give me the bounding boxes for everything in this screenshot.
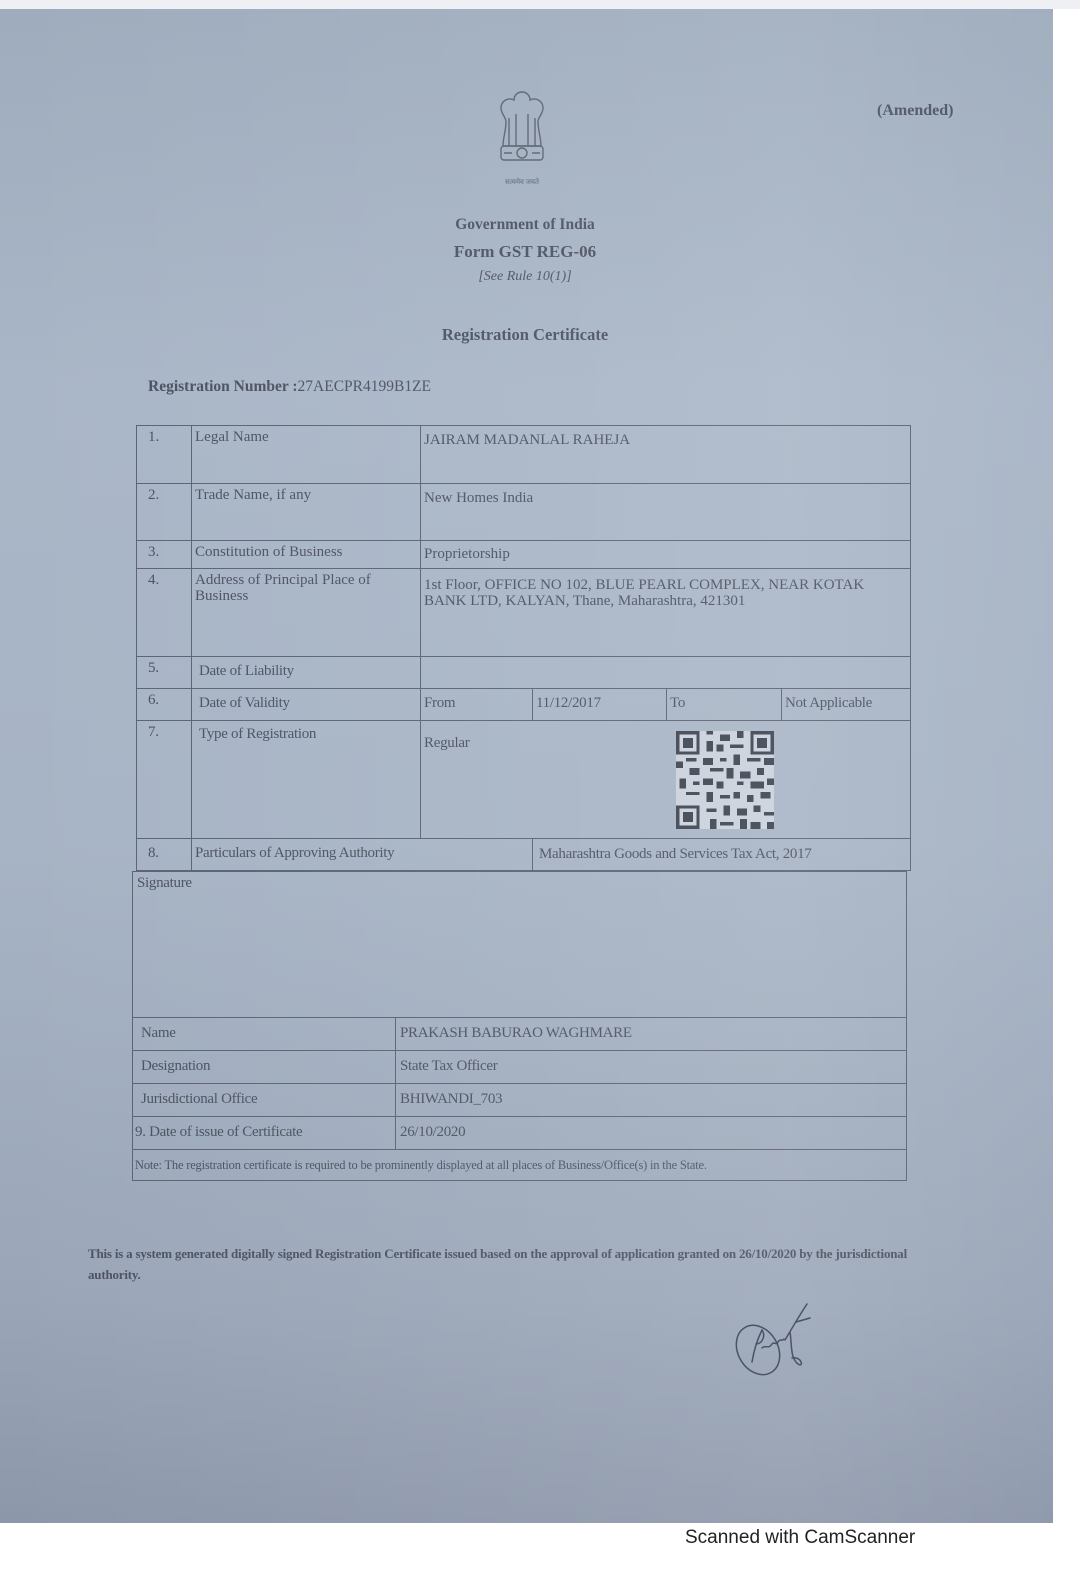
row-label: Type of Registration xyxy=(192,721,421,839)
address-value: 1st Floor, OFFICE NO 102, BLUE PEARL COM… xyxy=(421,569,911,657)
row-label: Particulars of Approving Authority xyxy=(192,839,533,871)
designation-value: State Tax Officer xyxy=(396,1051,907,1084)
table-row: 2. Trade Name, if any New Homes India xyxy=(137,484,911,541)
validity-from-label: From xyxy=(421,689,533,721)
table-row: 5. Date of Liability xyxy=(137,657,911,689)
row-number: 5. xyxy=(137,657,192,689)
row-number: 8. xyxy=(137,839,192,871)
table-row: Name PRAKASH BABURAO WAGHMARE xyxy=(133,1018,907,1051)
display-note: Note: The registration certificate is re… xyxy=(133,1150,907,1181)
row-label: Trade Name, if any xyxy=(192,484,421,541)
registration-number-label: Registration Number : xyxy=(148,378,298,395)
officer-name-label: Name xyxy=(133,1018,396,1051)
row-number: 4. xyxy=(137,569,192,657)
validity-to-label: To xyxy=(667,689,782,721)
table-row: Jurisdictional Office BHIWANDI_703 xyxy=(133,1084,907,1117)
signature-label: Signature xyxy=(133,872,907,1018)
table-row: 9. Date of issue of Certificate 26/10/20… xyxy=(133,1117,907,1150)
row-number: 2. xyxy=(137,484,192,541)
qr-code-icon xyxy=(676,731,774,829)
row-label: Legal Name xyxy=(192,426,421,484)
top-strip xyxy=(0,0,1080,9)
table-row: 6. Date of Validity From 11/12/2017 To N… xyxy=(137,689,911,721)
handwritten-signature-icon xyxy=(730,1292,830,1387)
table-row: Note: The registration certificate is re… xyxy=(133,1150,907,1181)
liability-date-value xyxy=(421,657,911,689)
validity-from-value: 11/12/2017 xyxy=(533,689,667,721)
registration-type-cell: Regular xyxy=(421,721,911,839)
signature-row: Signature xyxy=(133,872,907,1018)
trade-name-value: New Homes India xyxy=(421,484,911,541)
ashoka-emblem-icon: सत्यमेव जयते xyxy=(489,88,555,188)
authority-table: Signature Name PRAKASH BABURAO WAGHMARE … xyxy=(132,871,907,1181)
registration-type-value: Regular xyxy=(424,735,469,751)
scanned-page: सत्यमेव जयते (Amended) Government of Ind… xyxy=(0,9,1053,1523)
designation-label: Designation xyxy=(133,1051,396,1084)
jurisdictional-office-label: Jurisdictional Office xyxy=(133,1084,396,1117)
certificate-title: Registration Certificate xyxy=(400,325,650,345)
form-number: Form GST REG-06 xyxy=(425,242,625,262)
registration-number: Registration Number :27AECPR4199B1ZE xyxy=(148,378,431,396)
row-number: 6. xyxy=(137,689,192,721)
table-row: 3. Constitution of Business Proprietorsh… xyxy=(137,541,911,569)
amended-label: (Amended) xyxy=(877,102,953,120)
government-heading: Government of India xyxy=(425,216,625,234)
row-label: Date of Liability xyxy=(192,657,421,689)
row-label: Address of Principal Place of Business xyxy=(192,569,421,657)
row-label: Constitution of Business xyxy=(192,541,421,569)
registration-details-table: 1. Legal Name JAIRAM MADANLAL RAHEJA 2. … xyxy=(136,425,911,871)
table-row: 7. Type of Registration Regular xyxy=(137,721,911,839)
approving-authority-value: Maharashtra Goods and Services Tax Act, … xyxy=(533,839,911,871)
officer-name-value: PRAKASH BABURAO WAGHMARE xyxy=(396,1018,907,1051)
registration-number-value: 27AECPR4199B1ZE xyxy=(298,378,431,395)
rule-reference: [See Rule 10(1)] xyxy=(425,269,625,285)
camscanner-watermark: Scanned with CamScanner xyxy=(685,1527,915,1549)
svg-text:सत्यमेव जयते: सत्यमेव जयते xyxy=(505,177,540,186)
constitution-value: Proprietorship xyxy=(421,541,911,569)
jurisdictional-office-value: BHIWANDI_703 xyxy=(396,1084,907,1117)
validity-to-value: Not Applicable xyxy=(782,689,911,721)
row-label: Date of Validity xyxy=(192,689,421,721)
row-number: 3. xyxy=(137,541,192,569)
legal-name-value: JAIRAM MADANLAL RAHEJA xyxy=(421,426,911,484)
system-generated-footer: This is a system generated digitally sig… xyxy=(88,1243,958,1285)
table-row: Designation State Tax Officer xyxy=(133,1051,907,1084)
row-number: 1. xyxy=(137,426,192,484)
issue-date-value: 26/10/2020 xyxy=(396,1117,907,1150)
row-number: 7. xyxy=(137,721,192,839)
table-row: 8. Particulars of Approving Authority Ma… xyxy=(137,839,911,871)
table-row: 1. Legal Name JAIRAM MADANLAL RAHEJA xyxy=(137,426,911,484)
issue-date-label: 9. Date of issue of Certificate xyxy=(133,1117,396,1150)
table-row: 4. Address of Principal Place of Busines… xyxy=(137,569,911,657)
